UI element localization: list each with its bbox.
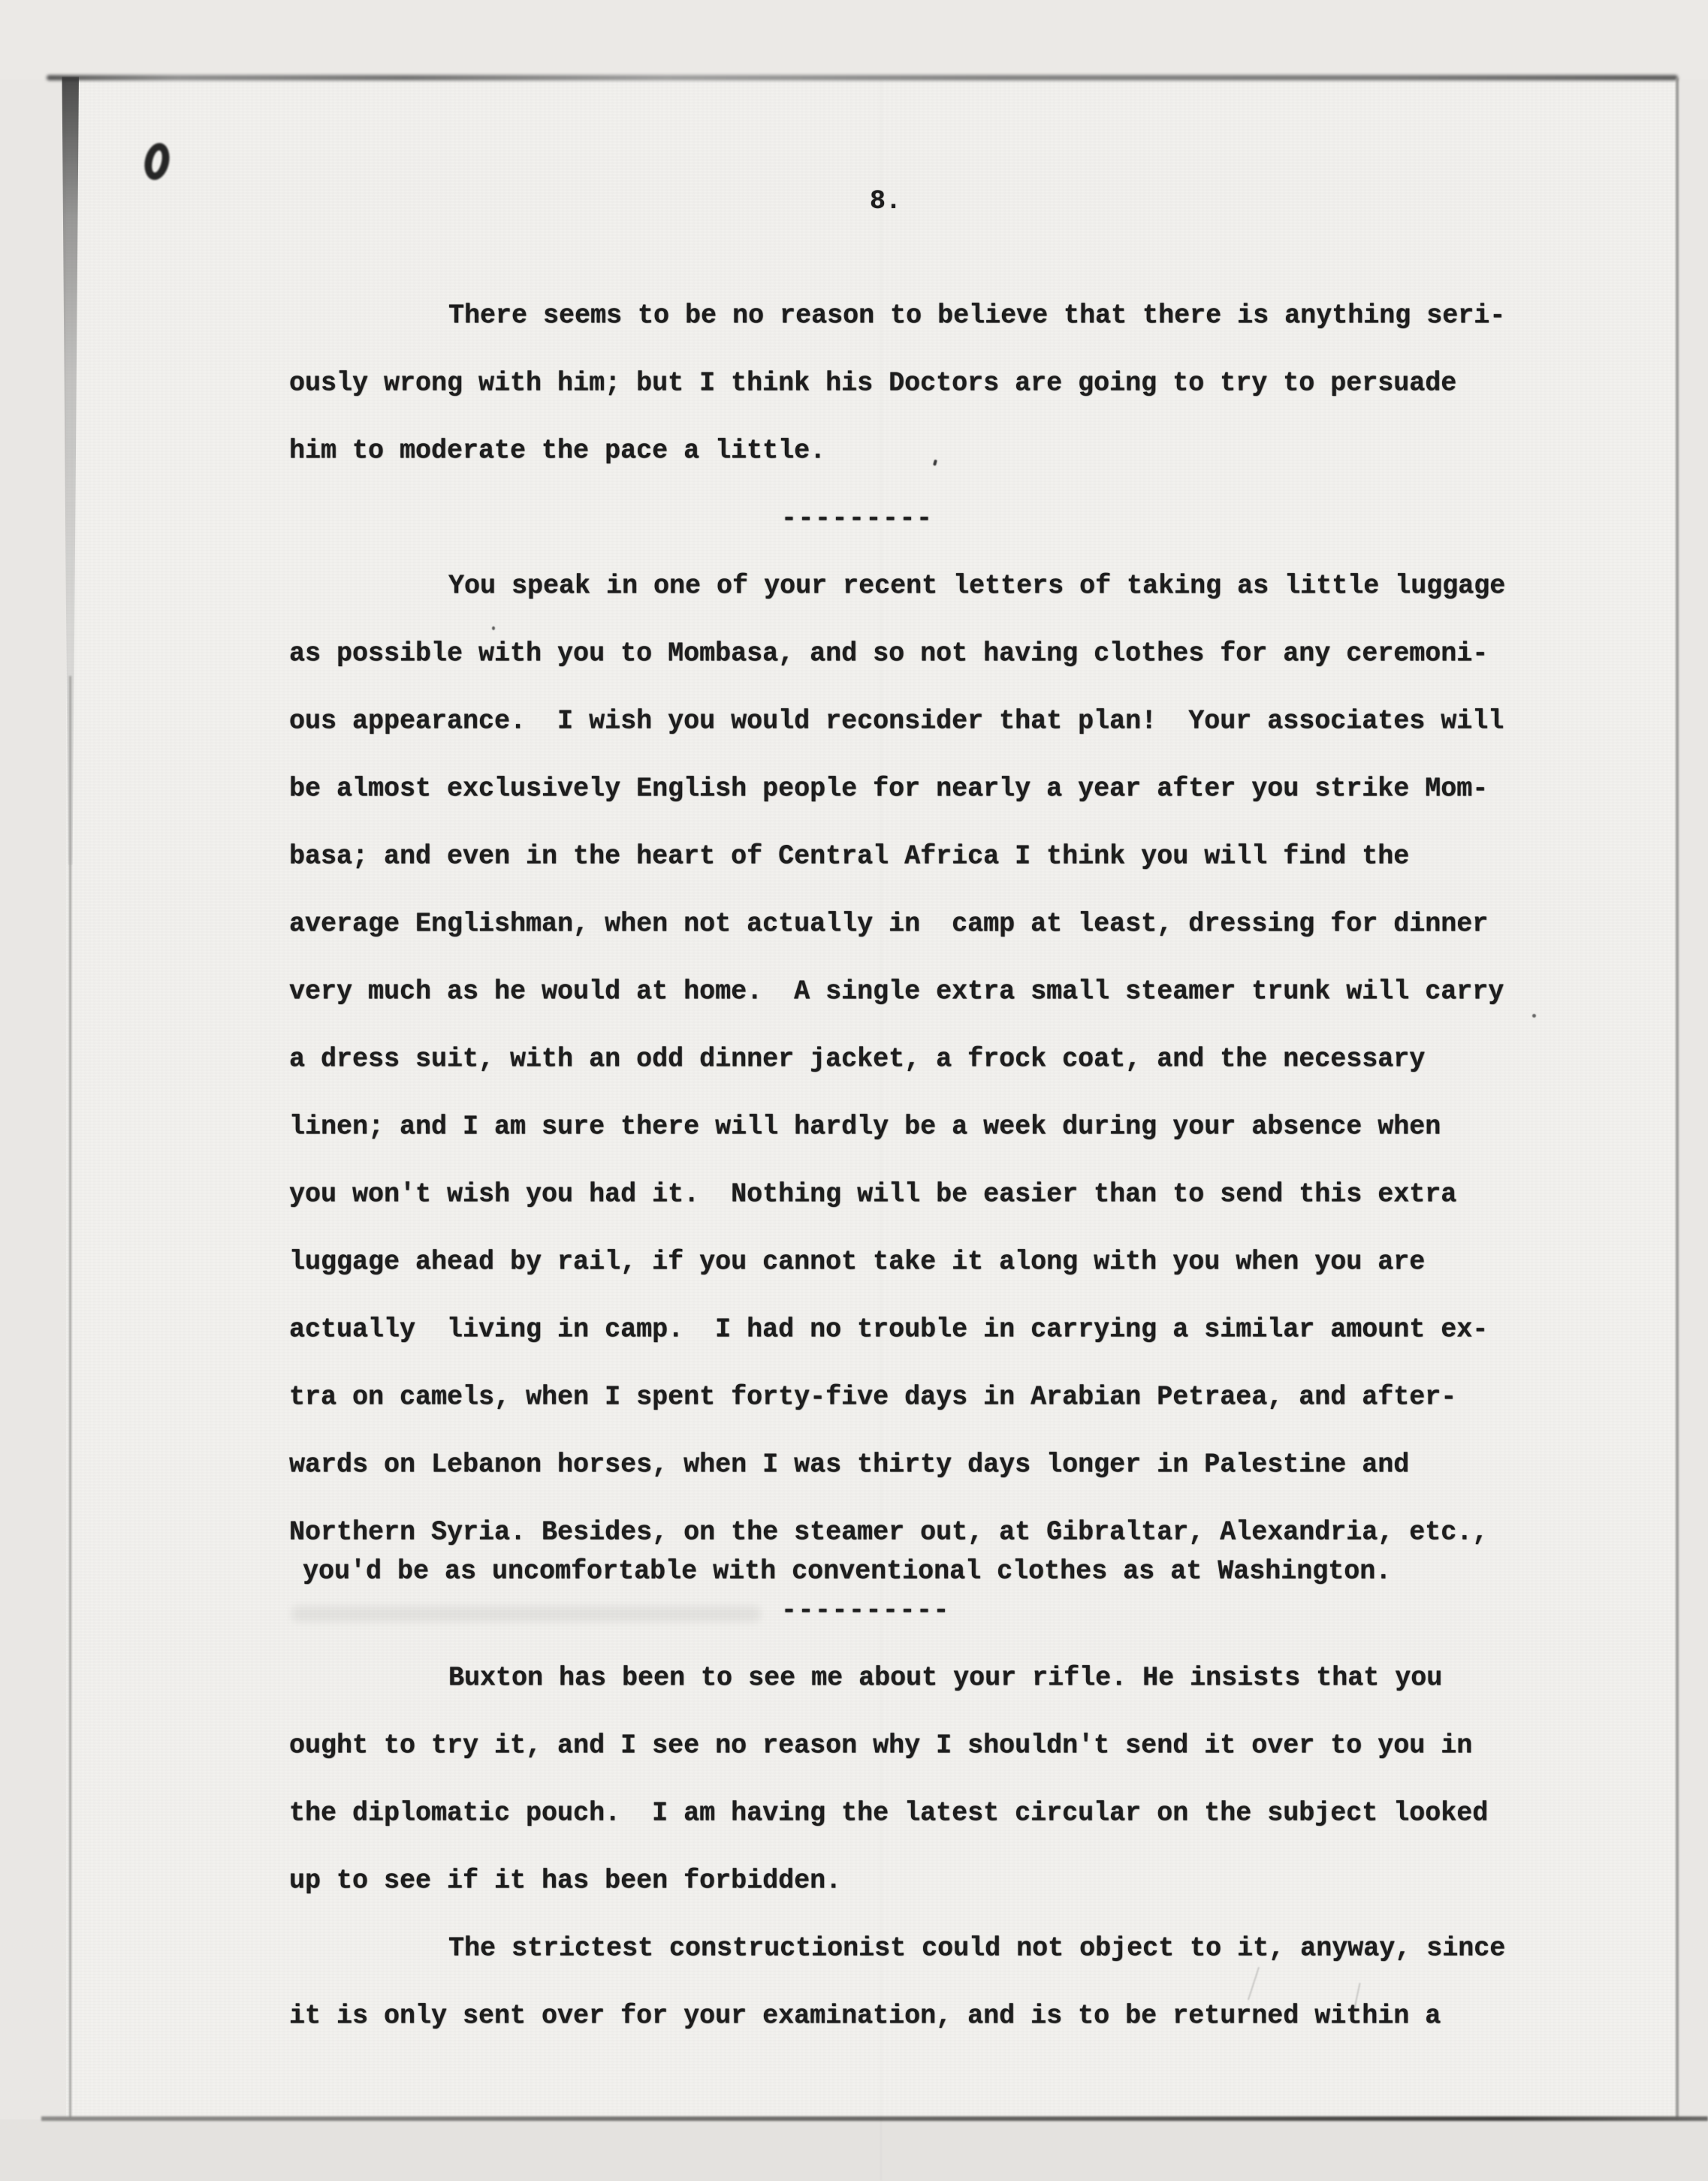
page-right-edge xyxy=(1676,78,1679,2119)
text-line: you'd be as uncomfortable with conventio… xyxy=(303,1554,1391,1588)
text-line: it is only sent over for your examinatio… xyxy=(289,1998,1441,2033)
text-line: linen; and I am sure there will hardly b… xyxy=(289,1109,1441,1144)
letter-body: There seems to be no reason to believe t… xyxy=(289,0,1581,2181)
separator-dashes: ---------- xyxy=(781,1593,950,1627)
text-line: luggage ahead by rail, if you cannot tak… xyxy=(289,1244,1425,1279)
separator-dashes: --------- xyxy=(781,501,934,535)
text-line: the diplomatic pouch. I am having the la… xyxy=(289,1796,1488,1830)
text-line: very much as he would at home. A single … xyxy=(289,974,1504,1009)
text-line: The strictest constructionist could not … xyxy=(448,1931,1505,1965)
text-line: actually living in camp. I had no troubl… xyxy=(289,1312,1488,1347)
text-line: ously wrong with him; but I think his Do… xyxy=(289,366,1456,400)
text-line: a dress suit, with an odd dinner jacket,… xyxy=(289,1042,1425,1076)
scanned-letter-page: 8. There seems to be no reason to believ… xyxy=(0,0,1708,2181)
text-line: tra on camels, when I spent forty-five d… xyxy=(289,1380,1456,1414)
text-line: be almost exclusively English people for… xyxy=(289,771,1488,806)
text-line: ought to try it, and I see no reason why… xyxy=(289,1728,1472,1763)
text-line: Buxton has been to see me about your rif… xyxy=(448,1661,1442,1695)
page-left-edge xyxy=(69,676,71,2119)
text-line: him to moderate the pace a little. xyxy=(289,433,825,468)
text-line: There seems to be no reason to believe t… xyxy=(448,298,1505,333)
text-line: Northern Syria. Besides, on the steamer … xyxy=(289,1515,1488,1549)
text-line: up to see if it has been forbidden. xyxy=(289,1863,841,1898)
text-line: you won't wish you had it. Nothing will … xyxy=(289,1177,1456,1211)
text-line: You speak in one of your recent letters … xyxy=(448,569,1505,603)
text-line: as possible with you to Mombasa, and so … xyxy=(289,636,1488,671)
text-line: basa; and even in the heart of Central A… xyxy=(289,839,1409,873)
text-line: average Englishman, when not actually in… xyxy=(289,906,1488,941)
text-line: ous appearance. I wish you would reconsi… xyxy=(289,704,1504,738)
text-line: wards on Lebanon horses, when I was thir… xyxy=(289,1447,1409,1482)
